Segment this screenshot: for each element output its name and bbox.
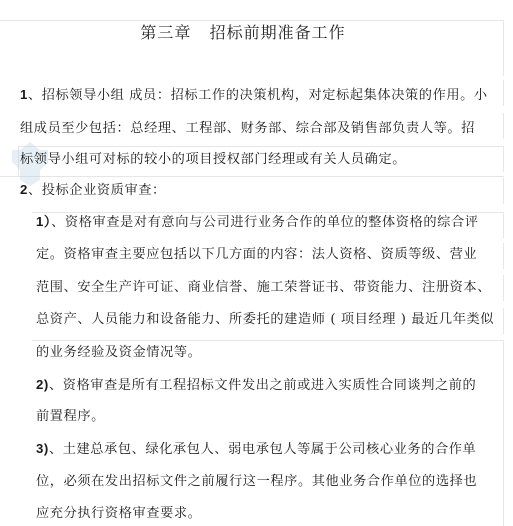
frame-right-line bbox=[503, 275, 504, 301]
item-number: 3) bbox=[36, 441, 49, 456]
paragraph-line: 1、招标领导小组 成员：招标工作的决策机构，对定标起集体决策的作用。小 bbox=[20, 84, 488, 103]
frame-right-line bbox=[503, 243, 504, 269]
chapter-title: 第三章 招标前期准备工作 bbox=[0, 20, 486, 43]
paragraph-line: 3)、土建总承包、绿化承包人、弱电承包人等属于公司核心业务的合作单 bbox=[36, 438, 476, 457]
frame-line bbox=[0, 176, 504, 177]
item-number: 2 bbox=[20, 182, 28, 197]
frame-right-line bbox=[503, 20, 504, 76]
frame-line bbox=[18, 146, 504, 147]
paragraph-line: 2)、资格审查是所有工程招标文件发出之前或进入实质性合同谈判之前的 bbox=[36, 374, 476, 393]
frame-right-line bbox=[503, 340, 504, 526]
frame-right-line bbox=[503, 308, 504, 334]
paragraph-line: 定。资格审查主要应包括以下几方面的内容：法人资格、资质等级、营业 bbox=[36, 243, 477, 262]
paragraph-line: 的业务经验及资金情况等。 bbox=[36, 341, 201, 360]
frame-right-line bbox=[503, 146, 504, 172]
item-number: 1 bbox=[20, 87, 28, 102]
paragraph-line: 范围、安全生产许可证、商业信誉、施工荣誉证书、带资能力、注册资本、 bbox=[36, 276, 491, 295]
frame-right-line bbox=[503, 178, 504, 204]
paragraph-line: 1）、资格审查是对有意向与公司进行业务合作的单位的整体资格的综合评 bbox=[36, 211, 479, 230]
paragraph-line: 标领导小组可对标的较小的项目授权部门经理或有关人员确定。 bbox=[20, 148, 406, 167]
frame-right-line bbox=[503, 212, 504, 238]
document-page: 第三章 招标前期准备工作 1、招标领导小组 成员：招标工作的决策机构，对定标起集… bbox=[0, 0, 513, 526]
frame-right-line bbox=[503, 80, 504, 106]
paragraph-line: 前置程序。 bbox=[36, 405, 105, 424]
item-number: 1） bbox=[36, 214, 51, 229]
paragraph-line: 总资产、人员能力和设备能力、所委托的建造师 ( 项目经理 ) 最近几年类似 bbox=[36, 308, 494, 327]
paragraph-line: 2、投标企业资质审查： bbox=[20, 179, 166, 198]
item-number: 2) bbox=[36, 377, 49, 392]
paragraph-line: 应充分执行资格审查要求。 bbox=[36, 502, 201, 521]
paragraph-line: 位，必须在发出招标文件之前履行这一程序。其他业务合作单位的选择也 bbox=[36, 470, 477, 489]
paragraph-line: 组成员至少包括：总经理、工程部、财务部、综合部及销售部负责人等。招 bbox=[20, 117, 475, 136]
frame-right-line bbox=[503, 113, 504, 139]
